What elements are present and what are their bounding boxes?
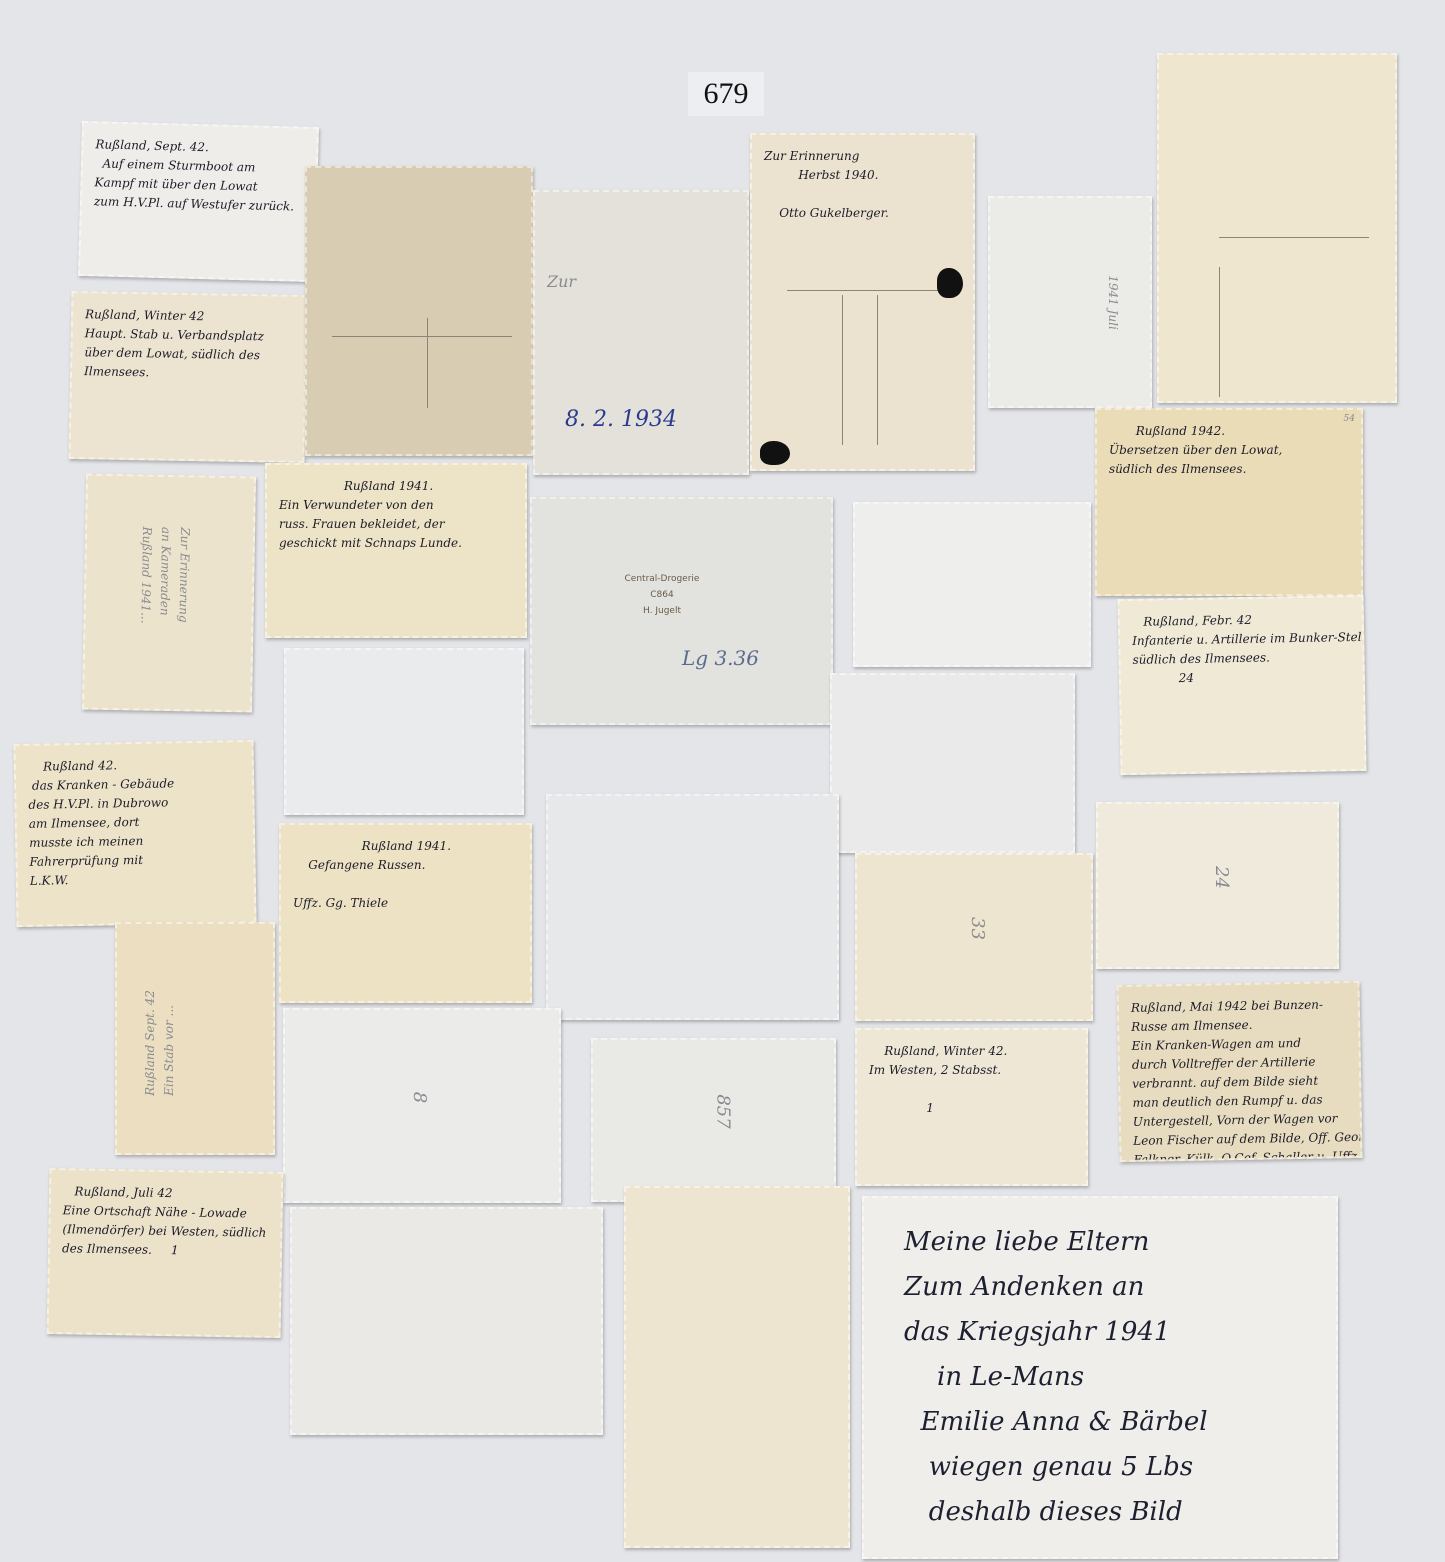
photo-back-card: Rußland 42. das Kranken - Gebäude des H.… (13, 740, 256, 927)
photo-back-card: Central-DrogerieC864H. JugeltLg 3.36 (530, 497, 833, 725)
pencil-number: 24 (1211, 866, 1230, 889)
photo-back-card (305, 166, 533, 456)
postcard-divider (842, 295, 843, 445)
photo-back-card: Zur Erinnerung Herbst 1940. Otto Gukelbe… (750, 133, 975, 471)
photo-back-card: Rußland, Winter 42 Haupt. Stab u. Verban… (69, 291, 308, 463)
handwritten-inscription: Rußland 1941. Ein Verwundeter von den ru… (279, 477, 462, 553)
stamp-line: C864 (617, 587, 707, 603)
photo-back-card (853, 502, 1091, 667)
photo-back-card (290, 1207, 603, 1435)
date-inscription: 8. 2. 1934 (565, 410, 677, 429)
pencil-number: 8 (410, 1091, 429, 1102)
photo-back-card: 1941 Juli (988, 196, 1152, 408)
photo-back-card (546, 794, 839, 1020)
photo-back-card: Rußland 1941. Ein Verwundeter von den ru… (265, 463, 527, 638)
handwritten-inscription: Rußland, Febr. 42 Infanterie u. Artiller… (1132, 608, 1367, 688)
photo-back-card: Rußland 1942. Übersetzen über den Lowat,… (1095, 408, 1363, 596)
photo-back-card: 33 (855, 853, 1093, 1021)
handwritten-inscription: Rußland 42. das Kranken - Gebäude des H.… (28, 755, 176, 891)
postcard-divider (1219, 237, 1369, 238)
handwritten-inscription: Rußland, Winter 42 Haupt. Stab u. Verban… (84, 305, 264, 384)
photo-back-card: Meine liebe Eltern Zum Andenken an das K… (862, 1196, 1338, 1559)
postcard-divider (427, 318, 428, 408)
handwritten-inscription: Rußland Sept. 42 Ein Stab vor ... (141, 990, 179, 1096)
handwritten-inscription: Rußland, Juli 42 Eine Ortschaft Nähe - L… (62, 1182, 267, 1262)
postcard-divider (332, 336, 512, 337)
corner-number: 54 (1344, 410, 1355, 429)
handwritten-inscription: Rußland 1942. Übersetzen über den Lowat,… (1109, 422, 1282, 479)
handwritten-inscription: 1941 Juli (1103, 275, 1122, 330)
photo-back-card: Zur8. 2. 1934 (533, 190, 749, 475)
photo-back-card: 8 (283, 1008, 561, 1203)
postcard-divider (1219, 267, 1220, 397)
photo-back-card (830, 673, 1075, 853)
handwritten-inscription: Rußland, Sept. 42. Auf einem Sturmboot a… (94, 135, 296, 216)
photo-back-card: 24 (1096, 802, 1339, 969)
photo-back-card: Rußland, Febr. 42 Infanterie u. Artiller… (1117, 595, 1366, 775)
handwritten-inscription: Zur Erinnerung an Kameraden Rußland 1941… (135, 526, 194, 624)
photo-back-card: Rußland, Sept. 42. Auf einem Sturmboot a… (78, 121, 319, 282)
ink-blot (760, 441, 790, 465)
handwritten-inscription: Rußland, Winter 42. Im Westen, 2 Stabsst… (869, 1042, 1007, 1118)
photo-back-card: Rußland Sept. 42 Ein Stab vor ... (115, 922, 275, 1155)
stamp-line: H. Jugelt (617, 603, 707, 619)
photographer-stamp: Central-DrogerieC864H. Jugelt (617, 571, 707, 619)
photo-back-card: Rußland, Winter 42. Im Westen, 2 Stabsst… (855, 1028, 1088, 1186)
ink-blot (937, 268, 963, 298)
photo-back-card: Rußland 1941. Gefangene Russen. Uffz. Gg… (279, 823, 532, 1003)
photo-back-card: Rußland, Mai 1942 bei Bunzen- Russe am I… (1116, 981, 1362, 1162)
lot-number-label: 679 (688, 72, 764, 116)
handwritten-inscription: Meine liebe Eltern Zum Andenken an das K… (904, 1220, 1208, 1535)
photo-back-card: 857 (591, 1038, 836, 1202)
handwritten-inscription: Zur (547, 272, 576, 291)
handwritten-inscription: Rußland, Mai 1942 bei Bunzen- Russe am I… (1131, 994, 1363, 1162)
handwritten-inscription: Zur Erinnerung Herbst 1940. Otto Gukelbe… (764, 147, 889, 223)
photo-back-card (1157, 53, 1397, 403)
photo-back-card (624, 1186, 850, 1548)
photo-back-card: Zur Erinnerung an Kameraden Rußland 1941… (82, 474, 256, 713)
photo-back-card (284, 648, 524, 815)
stamp-line: Central-Drogerie (617, 571, 707, 587)
postcard-divider (877, 295, 878, 445)
pencil-number: Lg 3.36 (682, 649, 759, 668)
photo-back-card: Rußland, Juli 42 Eine Ortschaft Nähe - L… (47, 1168, 284, 1338)
postcard-divider (787, 290, 947, 291)
pencil-number: 33 (968, 917, 987, 940)
handwritten-inscription: Rußland 1941. Gefangene Russen. Uffz. Gg… (293, 837, 451, 913)
pencil-number: 857 (713, 1094, 732, 1128)
